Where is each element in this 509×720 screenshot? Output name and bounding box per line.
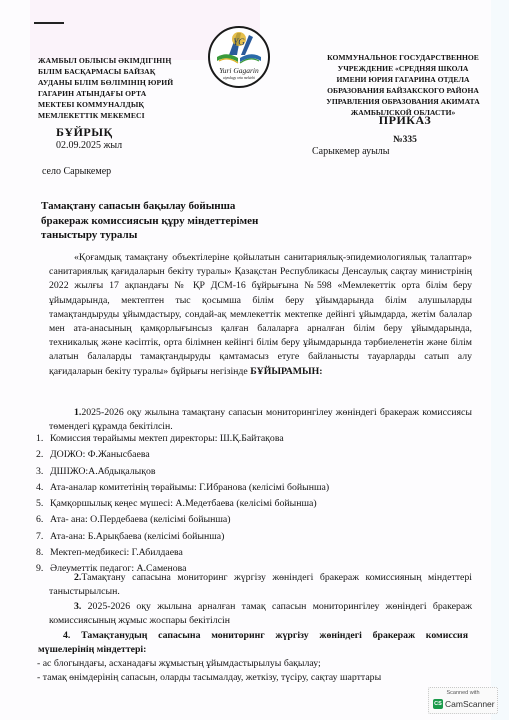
camscanner-watermark: Scanned with CS CamScanner [428, 687, 498, 714]
list-item: 3.ДШІЖО:А.Абдықалықов [36, 464, 476, 480]
subject-line: таныстыру туралы [41, 228, 301, 243]
org-ru-line: ОБРАЗОВАНИЯ БАЙЗАКСКОГО РАЙОНА [298, 85, 508, 96]
order-word: БҰЙЫРАМЫН: [250, 366, 322, 377]
list-item: 7.Ата-ана: Б.Арықбаева (келісімі бойынша… [36, 529, 476, 545]
item-text: Тамақтану сапасына мониторинг жүргізу жө… [49, 572, 472, 597]
list-number: 4. [36, 480, 50, 496]
village-kz: Сарыкемер ауылы [312, 146, 509, 157]
list-number: 1. [36, 431, 50, 447]
org-kz-line: АУДАНЫ БІЛІМ БӨЛІМІНІҢ ЮРИЙ [38, 77, 198, 88]
duties-list: - ас блогындағы, асханадағы жұмыстың ұйы… [37, 657, 487, 685]
org-ru-line: УПРАВЛЕНИЯ ОБРАЗОВАНИЯ АКИМАТА [298, 96, 508, 107]
svg-text:atyndagy orta mektebi: atyndagy orta mektebi [223, 76, 255, 80]
svg-text:Yuri Gagarin: Yuri Gagarin [219, 66, 259, 75]
watermark-brand-row: CS CamScanner [433, 699, 495, 709]
item-text: 2025-2026 оқу жылына тамақтану сапасын м… [49, 407, 472, 432]
village-ru: село Сарыкемер [42, 166, 111, 177]
preamble-paragraph: «Қоғамдық тамақтану объектілеріне қойыла… [49, 251, 472, 379]
item-4-heading: 4. Тамақтанудың сапасына мониторинг жүрг… [38, 629, 468, 657]
scan-mark [34, 22, 64, 24]
org-ru-line: ИМЕНИ ЮРИЯ ГАГАРИНА ОТДЕЛА [298, 74, 508, 85]
document-page: ЖАМБЫЛ ОБЛЫСЫ ӘКІМДІГІНІҢ БІЛІМ БАСҚАРМА… [0, 0, 509, 720]
preamble-text: «Қоғамдық тамақтану объектілеріне қойыла… [49, 252, 472, 377]
header-org-kz: ЖАМБЫЛ ОБЛЫСЫ ӘКІМДІГІНІҢ БІЛІМ БАСҚАРМА… [38, 55, 198, 121]
org-kz-line: МЕКТЕБІ КОММУНАЛДЫҚ [38, 99, 198, 110]
subject-line: Тамақтану сапасын бақылау бойынша [41, 199, 301, 214]
member-text: Ата- ана: О.Пердебаева (келісімі бойынша… [50, 514, 230, 525]
duty-item: - тамақ өнімдерінің сапасын, оларды тасы… [37, 671, 487, 685]
list-number: 9. [36, 561, 50, 577]
document-date: 02.09.2025 жыл [56, 140, 122, 151]
org-kz-line: ГАГАРИН АТЫНДАҒЫ ОРТА [38, 88, 198, 99]
list-number: 5. [36, 496, 50, 512]
list-item: 8.Мектеп-медбикесі: Г.Абилдаева [36, 545, 476, 561]
watermark-brand: CamScanner [445, 699, 495, 709]
subject-line: бракераж комиссиясын құру міндеттерімен [41, 214, 301, 229]
duty-item: - ас блогындағы, асханадағы жұмыстың ұйы… [37, 657, 487, 671]
order-number: №335 [350, 135, 460, 145]
list-item: 2.ДОІЖО: Ф.Жанысбаева [36, 447, 476, 463]
school-logo-icon: YG Yuri Gagarin atyndagy orta mektebi [207, 25, 271, 89]
list-number: 6. [36, 512, 50, 528]
org-kz-line: МЕМЛЕКЕТТІК МЕКЕМЕСІ [38, 110, 198, 121]
camscanner-logo-icon: CS [433, 699, 443, 709]
list-item: 6.Ата- ана: О.Пердебаева (келісімі бойын… [36, 512, 476, 528]
svg-text:YG: YG [233, 37, 245, 47]
member-text: Ата-аналар комитетінің төрайымы: Г.Ибран… [50, 482, 329, 493]
org-ru-line: УЧРЕЖДЕНИЕ «СРЕДНЯЯ ШКОЛА [298, 63, 508, 74]
member-text: ДШІЖО:А.Абдықалықов [50, 466, 156, 477]
list-number: 7. [36, 529, 50, 545]
document-title-kz: БҰЙРЫҚ [56, 125, 113, 140]
member-text: ДОІЖО: Ф.Жанысбаева [50, 449, 150, 460]
org-kz-line: ЖАМБЫЛ ОБЛЫСЫ ӘКІМДІГІНІҢ [38, 55, 198, 66]
commission-members-list: 1.Комиссия төрайымы мектеп директоры: Ш.… [36, 431, 476, 578]
list-number: 3. [36, 464, 50, 480]
document-title-ru: ПРИКАЗ [350, 113, 460, 128]
list-item: 1.Комиссия төрайымы мектеп директоры: Ш.… [36, 431, 476, 447]
member-text: Ата-ана: Б.Арықбаева (келісімі бойынша) [50, 531, 224, 542]
list-item: 5.Қамқоршылық кеңес мүшесі: А.Медетбаева… [36, 496, 476, 512]
list-number: 8. [36, 545, 50, 561]
org-ru-line: КОММУНАЛЬНОЕ ГОСУДАРСТВЕННОЕ [298, 52, 508, 63]
item-2-paragraph: 2.Тамақтану сапасына мониторинг жүргізу … [49, 571, 472, 599]
item-text: 2025-2026 оқу жылына арналған тамақ сапа… [49, 601, 472, 626]
list-number: 2. [36, 447, 50, 463]
org-kz-line: БІЛІМ БАСҚАРМАСЫ БАЙЗАҚ [38, 66, 198, 77]
header-org-ru: КОММУНАЛЬНОЕ ГОСУДАРСТВЕННОЕ УЧРЕЖДЕНИЕ … [298, 52, 508, 118]
watermark-caption: Scanned with [429, 690, 497, 696]
document-subject: Тамақтану сапасын бақылау бойынша бракер… [41, 199, 301, 243]
member-text: Комиссия төрайымы мектеп директоры: Ш.Қ.… [50, 433, 284, 444]
list-item: 4.Ата-аналар комитетінің төрайымы: Г.Ибр… [36, 480, 476, 496]
member-text: Қамқоршылық кеңес мүшесі: А.Медетбаева (… [50, 498, 317, 509]
member-text: Мектеп-медбикесі: Г.Абилдаева [50, 547, 183, 558]
item-3-paragraph: 3. 2025-2026 оқу жылына арналған тамақ с… [49, 600, 472, 628]
